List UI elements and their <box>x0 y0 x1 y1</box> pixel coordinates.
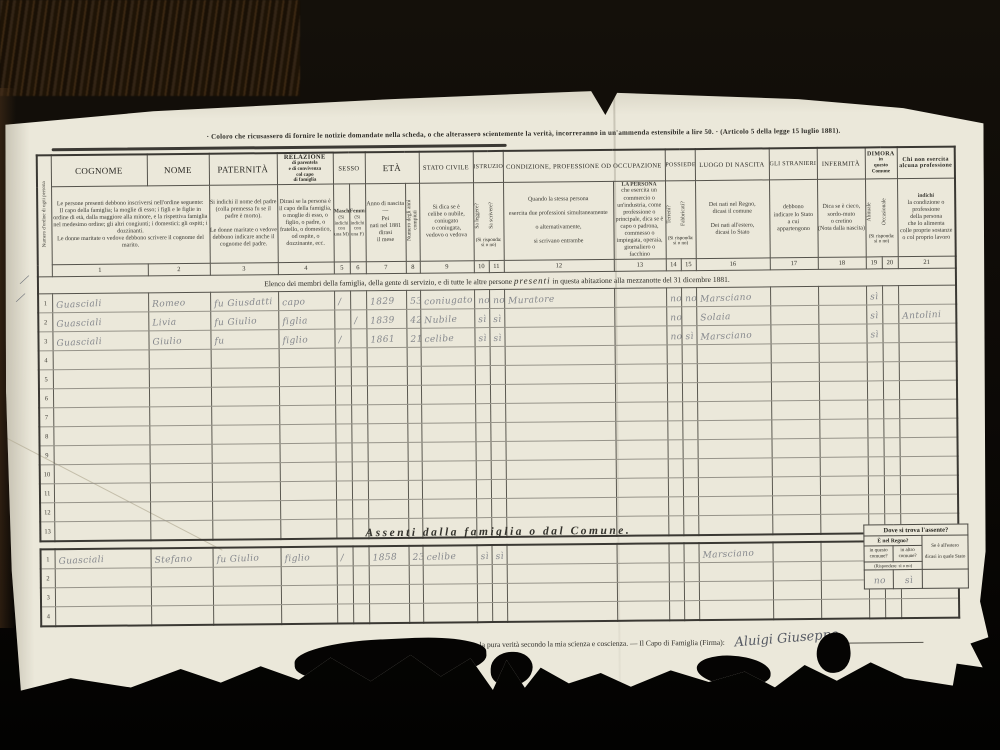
cell-fabbricati <box>682 345 697 364</box>
cell-sa-leggere <box>476 442 491 461</box>
row-number: 9 <box>40 446 54 465</box>
cell-fabbricati: no <box>681 288 696 307</box>
cell-professione-1 <box>505 403 615 423</box>
row-number-column-header: Numero d'ordine di ogni persona <box>37 155 52 277</box>
cell-sa-leggere <box>475 366 490 385</box>
cell-sa-leggere <box>477 603 492 623</box>
col-header-nome: NOME <box>147 154 209 186</box>
cell-maschio <box>335 348 351 367</box>
cell-relazione <box>280 500 336 520</box>
cell-relazione <box>279 367 335 387</box>
cell-relazione <box>279 405 335 425</box>
cell-terreni <box>667 383 682 402</box>
cell-occasionale <box>883 381 899 400</box>
cell-chi-non-esercita <box>899 418 957 438</box>
cell-stranieri <box>773 561 821 580</box>
cell-maschio <box>335 367 351 386</box>
cell-paternita: fu Giulio <box>213 547 281 567</box>
cell-fabbricati <box>682 421 697 440</box>
cell-sa-scrivere <box>490 404 505 423</box>
cell-femmina: ∕ <box>350 310 366 329</box>
dove-altro-comune: in altro comune? <box>893 545 922 561</box>
cell-nome <box>151 567 213 587</box>
cell-luogo-nascita <box>698 458 772 478</box>
cell-terreni <box>669 601 684 621</box>
row-number: 4 <box>41 607 55 627</box>
cell-paternita <box>212 501 280 521</box>
census-form-paper: · Coloro che ricusassero di fornire le n… <box>3 81 991 698</box>
cell-chi-non-esercita <box>900 456 958 476</box>
cell-abituale <box>867 419 883 438</box>
cell-infermita <box>819 438 867 457</box>
cell-stato-civile <box>422 480 476 500</box>
cell-terreni <box>667 402 682 421</box>
cell-sa-leggere: sì <box>474 328 489 347</box>
cell-chi-non-esercita <box>900 475 958 495</box>
cell-relazione <box>279 424 335 444</box>
cell-stato-civile <box>421 423 475 443</box>
cell-fabbricati <box>682 383 697 402</box>
cell-cognome <box>54 483 150 503</box>
cell-stranieri <box>771 401 819 420</box>
cell-paternita <box>211 368 279 388</box>
cell-professione-1 <box>507 601 617 622</box>
cell-anno-nascita <box>367 348 407 367</box>
col-header-possiede: POSSIEDE <box>665 149 695 181</box>
subcol-femmina: Femmina(Si indichi con una F) <box>349 184 366 262</box>
cell-nome <box>149 369 211 389</box>
cell-stranieri <box>771 344 819 363</box>
cell-sa-scrivere <box>490 347 505 366</box>
cell-sa-scrivere: sì <box>489 309 504 328</box>
cell-anno-nascita <box>369 584 409 603</box>
cell-professione-2 <box>616 497 668 516</box>
cell-sa-scrivere <box>490 423 505 442</box>
cell-abituale: sì <box>866 286 882 305</box>
cell-luogo-nascita <box>697 363 771 383</box>
cell-anno-nascita <box>367 405 407 424</box>
desc-luogo-nascita: Dei nati nel Regno, dicasi il comune Dei… <box>695 180 770 259</box>
cell-relazione: figlio <box>278 329 334 349</box>
dove-answer-1: no <box>864 570 893 589</box>
row-number: 10 <box>40 465 54 484</box>
cell-stranieri <box>770 287 818 306</box>
cell-occasionale <box>883 438 899 457</box>
cell-professione-1 <box>506 441 616 461</box>
cell-cognome <box>54 502 150 522</box>
cell-anno-nascita <box>369 565 409 584</box>
cell-professione-2 <box>614 288 666 307</box>
cell-paternita <box>212 444 280 464</box>
cell-maschio <box>337 566 353 585</box>
cell-femmina <box>350 329 366 348</box>
cell-paternita: fu <box>210 330 278 350</box>
cell-maschio <box>335 386 351 405</box>
cell-infermita <box>821 561 869 580</box>
cell-terreni: no <box>666 326 681 345</box>
subcol-anno-nascita: Anno di nascita — Pei nati nel 1881 dira… <box>365 183 406 262</box>
cell-anno-nascita <box>367 424 407 443</box>
cell-paternita <box>213 605 281 625</box>
row-number: 7 <box>39 408 53 427</box>
cell-sa-leggere <box>476 499 491 518</box>
cell-anno-nascita <box>368 481 408 500</box>
cell-occasionale <box>883 419 899 438</box>
cell-femmina <box>351 348 367 367</box>
cell-anni <box>409 565 423 584</box>
desc-chi-non-esercita: indichila condizione o professione della… <box>897 178 956 257</box>
cell-fabbricati <box>682 402 697 421</box>
cell-femmina <box>352 546 368 566</box>
cell-maschio: ∕ <box>334 291 350 310</box>
cell-chi-non-esercita <box>900 494 958 514</box>
cell-infermita <box>820 476 868 495</box>
cell-cognome <box>53 388 149 408</box>
cell-stato-civile <box>423 565 477 585</box>
cell-sa-scrivere <box>491 499 506 518</box>
cell-cognome <box>55 568 151 588</box>
cell-fabbricati <box>683 459 698 478</box>
cell-paternita <box>211 406 279 426</box>
cell-stranieri <box>772 458 820 477</box>
cell-professione-2 <box>615 345 667 364</box>
cell-paternita <box>211 349 279 369</box>
cell-terreni <box>668 440 683 459</box>
row-number: 5 <box>39 370 53 389</box>
cell-terreni <box>667 364 682 383</box>
cell-nome: Romeo <box>148 293 210 313</box>
cell-femmina <box>351 424 367 443</box>
cell-professione-1 <box>506 460 616 480</box>
cell-professione-2 <box>615 421 667 440</box>
cell-paternita <box>213 567 281 587</box>
cell-professione-2 <box>616 459 668 478</box>
cell-chi-non-esercita <box>898 285 956 305</box>
cell-sa-scrivere <box>492 583 507 602</box>
cell-fabbricati <box>683 497 698 516</box>
cell-maschio <box>336 462 352 481</box>
cell-nome <box>149 426 211 446</box>
cell-cognome <box>54 445 150 465</box>
cell-infermita <box>819 343 867 362</box>
cell-terreni <box>668 497 683 516</box>
cell-anni <box>407 366 421 385</box>
cell-anno-nascita: 1858 <box>368 546 408 566</box>
cell-femmina <box>351 386 367 405</box>
cell-maschio <box>336 481 352 500</box>
cell-anni <box>407 423 421 442</box>
cell-professione-1 <box>507 582 617 602</box>
cell-terreni <box>667 345 682 364</box>
cell-nome <box>150 464 212 484</box>
cell-stranieri <box>771 439 819 458</box>
desc-condizione-1: Quando la stessa persona esercita due pr… <box>503 181 614 260</box>
cell-stato-civile <box>421 385 475 405</box>
cell-infermita <box>820 495 868 514</box>
cell-professione-2 <box>616 543 668 563</box>
cell-chi-non-esercita <box>898 323 956 343</box>
cell-relazione <box>281 585 337 605</box>
dove-si-trova-box: Dove si trova l'assente? È nel Regno? Se… <box>863 523 969 589</box>
cell-maschio <box>337 585 353 604</box>
paper-tear <box>696 654 771 687</box>
cell-stranieri <box>773 599 821 619</box>
cell-stato-civile <box>423 603 477 623</box>
cell-professione-1 <box>506 479 616 499</box>
cell-stranieri <box>772 496 820 515</box>
col-header-stato-civile: STATO CIVILE <box>419 151 473 183</box>
cell-relazione: capo <box>278 291 334 311</box>
cell-nome <box>149 388 211 408</box>
col-header-dimora: DIMORAin questo Comune <box>865 147 897 179</box>
cell-cognome: Guasciali <box>52 293 148 313</box>
col-header-relazione: RELAZIONEdi parentela e di convivenza co… <box>277 153 333 185</box>
cell-chi-non-esercita <box>899 380 957 400</box>
cell-stato-civile <box>422 461 476 481</box>
table-header: Numero d'ordine di ogni persona COGNOME … <box>37 147 956 278</box>
cell-infermita <box>818 286 866 305</box>
cell-relazione <box>279 386 335 406</box>
cell-sa-scrivere <box>492 602 507 622</box>
cell-anno-nascita <box>367 367 407 386</box>
cell-occasionale <box>882 324 898 343</box>
cell-sa-leggere <box>475 385 490 404</box>
cell-luogo-nascita <box>699 581 773 601</box>
cell-professione-1 <box>504 308 614 328</box>
cell-professione-1: Muratore <box>504 289 614 309</box>
cell-maschio <box>337 604 353 624</box>
cell-femmina <box>350 291 366 310</box>
cell-professione-2 <box>615 402 667 421</box>
cell-anni: 21 <box>406 328 420 347</box>
cell-abituale: sì <box>866 305 882 324</box>
cell-nome <box>149 350 211 370</box>
cell-sa-scrivere <box>491 480 506 499</box>
cell-relazione <box>280 481 336 501</box>
cell-anni: 42 <box>406 309 420 328</box>
presenti-table: Numero d'ordine di ogni persona COGNOME … <box>36 146 960 543</box>
cell-nome <box>150 502 212 522</box>
row-number: 3 <box>38 332 52 351</box>
cell-maschio <box>335 424 351 443</box>
cell-chi-non-esercita <box>899 342 957 362</box>
cell-stranieri <box>770 306 818 325</box>
row-number: 2 <box>41 569 55 588</box>
col-header-istruzione: ISTRUZIONE <box>473 151 503 183</box>
subcol-anni-compiuti: Numero degli anni compiuti <box>405 183 420 261</box>
cell-infermita <box>819 400 867 419</box>
cell-paternita: fu Giusdatti <box>210 292 278 312</box>
cell-relazione <box>279 348 335 368</box>
cell-luogo-nascita <box>698 477 772 497</box>
cell-terreni <box>668 543 683 563</box>
cell-occasionale <box>884 476 900 495</box>
cell-occasionale <box>884 457 900 476</box>
cell-stranieri <box>773 580 821 599</box>
cell-luogo-nascita: Marsciano <box>698 542 772 562</box>
cell-stranieri <box>772 542 820 562</box>
cell-nome: Giulio <box>148 331 210 351</box>
cell-femmina <box>353 604 369 624</box>
cell-occasionale <box>883 400 899 419</box>
desc-infermita: Dica se è cieco, sordo-muto o cretino (N… <box>817 179 866 258</box>
cell-infermita <box>821 599 869 619</box>
desc-stranieri: debbono indicare lo Stato a cui apparten… <box>769 179 818 258</box>
cell-professione-2 <box>614 307 666 326</box>
cell-sa-scrivere <box>492 564 507 583</box>
cell-femmina <box>351 405 367 424</box>
cell-fabbricati <box>683 440 698 459</box>
cell-stato-civile: Nubile <box>420 309 474 329</box>
cell-femmina <box>353 566 369 585</box>
cell-professione-2 <box>615 383 667 402</box>
desc-condizione-2: LA PERSONAche esercita un commercio o un… <box>613 181 666 260</box>
cell-femmina <box>352 462 368 481</box>
cell-anno-nascita: 1861 <box>366 329 406 348</box>
col-header-luogo-nascita: LUOGO DI NASCITA <box>695 148 769 180</box>
cell-luogo-nascita <box>697 344 771 364</box>
cell-stato-civile <box>422 499 476 519</box>
cell-terreni <box>668 478 683 497</box>
cell-nome: Stefano <box>151 548 213 568</box>
row-number: 4 <box>39 351 53 370</box>
cell-fabbricati <box>682 364 697 383</box>
col-header-cognome: COGNOME <box>51 154 147 186</box>
cell-professione-1 <box>505 384 615 404</box>
wood-background <box>0 0 300 96</box>
cell-terreni: no <box>666 307 681 326</box>
paper-tear <box>294 635 488 687</box>
cell-anni <box>408 442 422 461</box>
cell-stato-civile <box>421 366 475 386</box>
cell-nome <box>149 407 211 427</box>
cell-anni <box>408 499 422 518</box>
subcols-dimora: AbitualeOccasionale(Si risponda: sì o no… <box>865 179 898 258</box>
cell-sa-leggere <box>475 423 490 442</box>
cell-sa-leggere <box>475 404 490 423</box>
cell-stranieri <box>771 420 819 439</box>
cell-sa-leggere <box>477 565 492 584</box>
col-header-eta: ETÀ <box>365 152 419 184</box>
row-number: 3 <box>41 588 55 607</box>
col-header-chi-non-esercita: Chi non esercita alcuna professione <box>897 147 955 179</box>
desc-cognome: Le persone presenti debbono inscriversi … <box>51 185 210 265</box>
cell-anni <box>407 385 421 404</box>
cell-professione-1 <box>506 544 616 565</box>
cell-stato-civile: coniugato <box>420 290 474 310</box>
cell-luogo-nascita <box>699 600 773 620</box>
cell-sa-scrivere <box>491 461 506 480</box>
cell-luogo-nascita <box>697 401 771 421</box>
cell-luogo-nascita: Solaia <box>696 306 770 326</box>
row-number: 6 <box>39 389 53 408</box>
cell-infermita <box>819 362 867 381</box>
cell-anno-nascita <box>367 386 407 405</box>
cell-fabbricati <box>683 478 698 497</box>
cell-cognome <box>55 606 151 626</box>
cell-infermita <box>818 305 866 324</box>
cell-femmina <box>353 585 369 604</box>
cell-anni <box>409 603 423 623</box>
cell-infermita <box>819 419 867 438</box>
cell-abituale <box>869 599 885 619</box>
cell-stato-civile: celibe <box>420 328 474 348</box>
cell-cognome <box>53 407 149 427</box>
cell-femmina <box>352 443 368 462</box>
cell-nome: Livia <box>148 312 210 332</box>
cell-fabbricati <box>681 307 696 326</box>
cell-anni <box>407 347 421 366</box>
dove-regno: È nel Regno? <box>864 535 922 546</box>
cell-abituale <box>867 362 883 381</box>
cell-nome <box>151 586 213 606</box>
cell-chi-non-esercita <box>900 437 958 457</box>
cell-paternita <box>212 463 280 483</box>
dove-estero: Se è all'estero dicasi in quale Stato <box>922 535 968 569</box>
cell-stato-civile <box>422 442 476 462</box>
cell-luogo-nascita <box>697 382 771 402</box>
cell-terreni <box>667 421 682 440</box>
cell-femmina <box>352 481 368 500</box>
cell-relazione <box>280 443 336 463</box>
cell-professione-1 <box>504 327 614 347</box>
cell-relazione: figlia <box>278 310 334 330</box>
cell-relazione <box>281 566 337 586</box>
cell-infermita <box>820 457 868 476</box>
cell-chi-non-esercita <box>899 361 957 381</box>
cell-relazione <box>281 604 337 624</box>
cell-sa-leggere: sì <box>474 309 489 328</box>
cell-femmina <box>351 367 367 386</box>
cell-professione-2 <box>617 582 669 601</box>
cell-cognome <box>55 587 151 607</box>
desc-relazione: Dirasi se la persona è il capo della fam… <box>277 184 334 263</box>
cell-paternita <box>211 425 279 445</box>
cell-maschio: ∕ <box>334 329 350 348</box>
cell-professione-1 <box>505 346 615 366</box>
cell-sa-scrivere: sì <box>491 545 506 565</box>
cell-paternita <box>212 482 280 502</box>
cell-luogo-nascita: Marsciano <box>696 287 770 307</box>
cell-sa-leggere <box>477 584 492 603</box>
cell-nome <box>150 445 212 465</box>
cell-anni: 23 <box>408 546 422 566</box>
cell-fabbricati <box>684 601 699 621</box>
row-number: 1 <box>41 549 55 569</box>
cell-sa-scrivere: sì <box>489 328 504 347</box>
row-number: 1 <box>38 294 52 313</box>
cell-professione-1 <box>505 365 615 385</box>
dove-answer-2: sì <box>893 569 922 588</box>
cell-abituale <box>867 438 883 457</box>
cell-anno-nascita <box>369 603 409 623</box>
cell-abituale <box>868 457 884 476</box>
cell-maschio <box>334 310 350 329</box>
assenti-rows: 1 Guasciali Stefano fu Giulio figlio ∕ 1… <box>41 541 960 627</box>
cell-cognome: Guasciali <box>55 548 151 568</box>
cell-stato-civile: celibe <box>422 545 476 565</box>
cell-anno-nascita <box>368 462 408 481</box>
dove-answer-3 <box>922 569 968 588</box>
cell-professione-1 <box>505 422 615 442</box>
cell-fabbricati <box>683 543 698 563</box>
cell-fabbricati: sì <box>681 326 696 345</box>
paper-tear <box>491 652 533 686</box>
cell-anni <box>408 461 422 480</box>
cell-stato-civile <box>421 404 475 424</box>
cell-sa-scrivere <box>491 442 506 461</box>
col-header-paternita: PATERNITÀ <box>209 153 277 185</box>
